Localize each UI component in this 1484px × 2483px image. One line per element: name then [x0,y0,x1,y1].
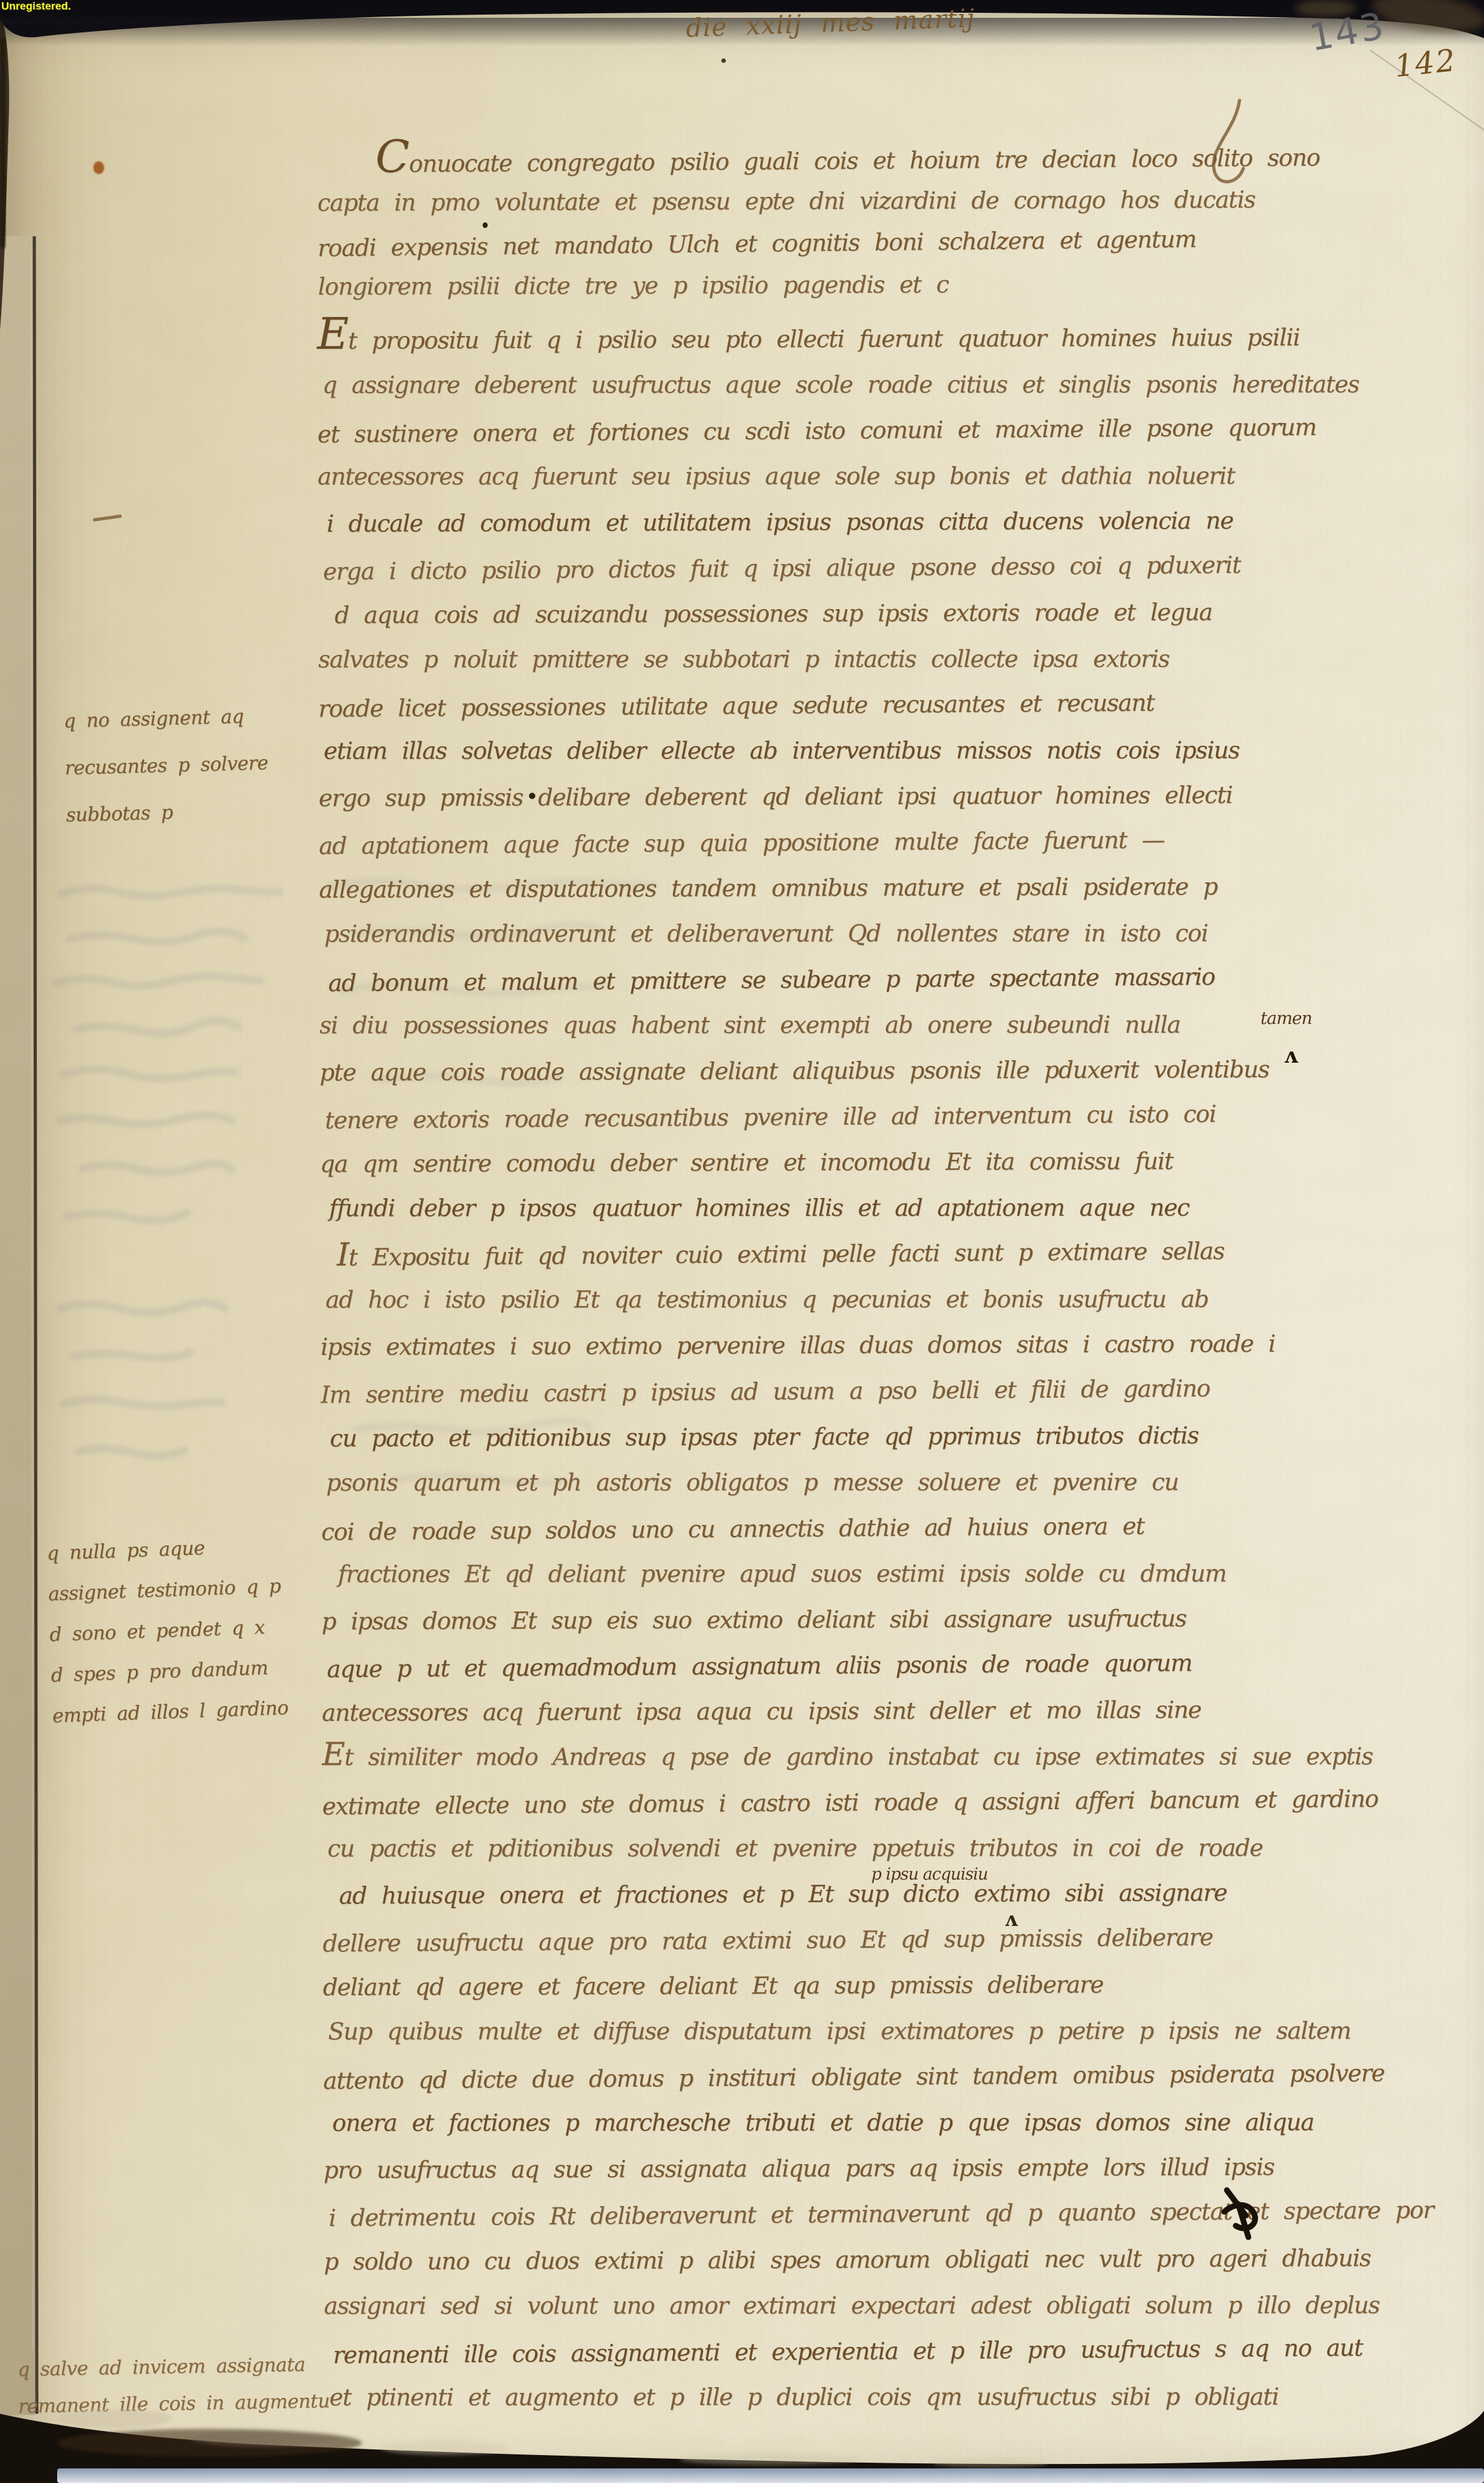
scanner-watermark: Unregistered. [1,0,71,13]
flourish-stroke [1213,100,1243,182]
ink-blot [1224,2190,1255,2237]
scanner-glass-strip [57,2468,1484,2483]
scan-edges [0,0,1484,2483]
folio-number-ink: 142 [1393,43,1458,84]
manuscript-scan: die xxiij mes martij Conuocate congregat… [0,0,1484,2483]
